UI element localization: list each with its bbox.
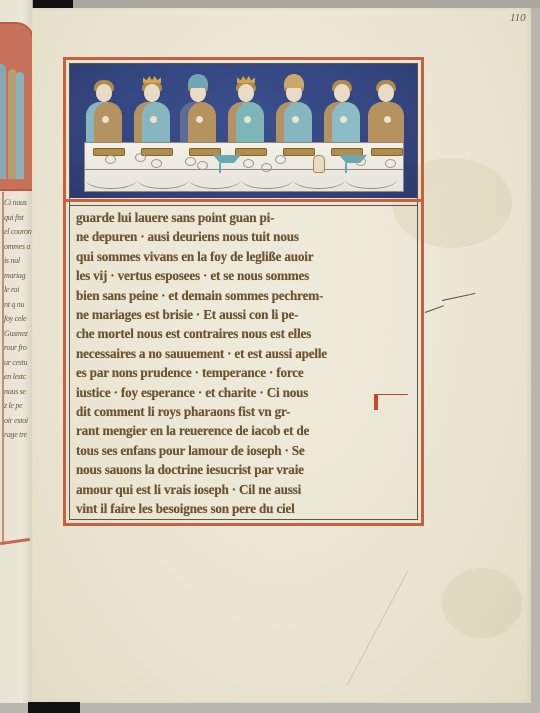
tablecloth-swag	[293, 170, 345, 189]
previous-page-frame-bottom	[0, 538, 30, 545]
previous-page-text-line: nous se	[4, 385, 32, 400]
cap-icon	[188, 74, 208, 88]
previous-page-text-line: el couron	[4, 225, 32, 240]
figure-face	[334, 84, 350, 102]
table-dish	[243, 159, 254, 168]
previous-page-text-line: ommes a	[4, 240, 32, 255]
previous-page-edge: Ci nousqui fistel couronommes ais nulmar…	[0, 0, 32, 713]
previous-page-miniature	[0, 22, 32, 191]
previous-page-text-line: le roi	[4, 283, 32, 298]
previous-page-text-line: rage tre	[4, 428, 32, 443]
figure-hand	[384, 116, 391, 123]
table-dish	[197, 161, 208, 170]
scanner-clip-bottom	[28, 702, 80, 713]
tablecloth-swag	[241, 170, 293, 189]
previous-page-text: Ci nousqui fistel couronommes ais nulmar…	[4, 196, 32, 443]
cap-icon	[284, 74, 304, 88]
previous-page-text-line: is nul	[4, 254, 32, 269]
folio-number: 110	[510, 12, 526, 24]
tablecloth-swag	[85, 170, 137, 189]
figure-hand	[292, 116, 299, 123]
tablecloth-swag	[189, 170, 241, 189]
figure-hand	[244, 116, 251, 123]
previous-page-text-line: mariag	[4, 269, 32, 284]
scanner-background-bottom	[0, 703, 540, 713]
table-dish	[275, 155, 286, 164]
table-dish	[135, 153, 146, 162]
tablecloth-swag	[345, 170, 397, 189]
rubric-line	[374, 394, 408, 395]
figure-hand	[150, 116, 157, 123]
manuscript-text-line: vint il faire les besoignes son pere du …	[76, 498, 414, 520]
previous-page-text-line: rour fro	[4, 341, 32, 356]
text-column: guarde lui lauere sans point guan pi-ne …	[76, 207, 414, 517]
tablecloth-swag	[137, 170, 189, 189]
table-dish	[185, 157, 196, 166]
table-dish	[385, 159, 396, 168]
banquet-miniature	[70, 64, 417, 198]
banquet-table	[84, 142, 404, 192]
previous-page-text-line: foy cele	[4, 312, 32, 327]
parchment-crease	[347, 570, 409, 685]
table-dish	[355, 157, 366, 166]
scanner-clip-top	[33, 0, 73, 8]
bread-loaf	[141, 148, 173, 156]
table-dish	[151, 159, 162, 168]
paragraph-mark	[374, 394, 378, 410]
frame-divider	[63, 199, 424, 202]
figure-face	[144, 84, 160, 102]
previous-page-text-line: qui fist	[4, 211, 32, 226]
previous-page-text-line: Gusmez	[4, 327, 32, 342]
previous-page-text-line: z le pe	[4, 399, 32, 414]
miniature-figure	[0, 64, 6, 179]
bread-loaf	[283, 148, 315, 156]
previous-page-text-line: Ci nous	[4, 196, 32, 211]
goblet-icon	[213, 155, 241, 163]
parchment-stain	[442, 568, 522, 638]
figure-hand	[196, 116, 203, 123]
figure-face	[378, 84, 394, 102]
previous-page-text-line: en lestc	[4, 370, 32, 385]
previous-page-text-line: ur cestu	[4, 356, 32, 371]
figure-face	[238, 84, 254, 102]
figure-face	[96, 84, 112, 102]
figure-hand	[102, 116, 109, 123]
frame-divider-inner	[69, 205, 418, 206]
figure-hand	[340, 116, 347, 123]
scanner-background-top	[0, 0, 540, 8]
miniature-figure	[16, 72, 24, 179]
table-dish	[105, 155, 116, 164]
previous-page-text-line: nt q nu	[4, 298, 32, 313]
bread-loaf	[371, 148, 403, 156]
previous-page-text-line: oir estoi	[4, 414, 32, 429]
